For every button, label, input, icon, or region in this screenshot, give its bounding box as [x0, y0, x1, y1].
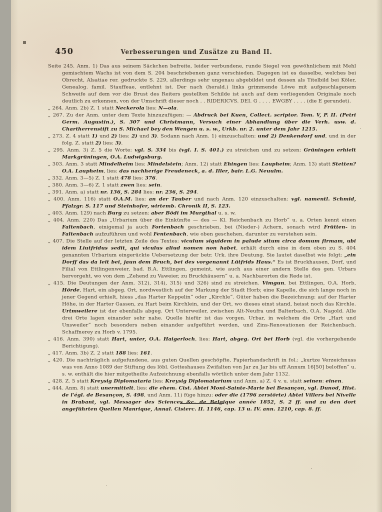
correction-entry: „ 407. Die Stelle auf der letzten Zeile …	[48, 238, 356, 280]
entry-page-ref: „ 391.	[48, 190, 65, 196]
correction-entry: „ 417. Anm. 3b) Z. 2 statt 188 lies: 161…	[48, 350, 356, 357]
correction-entry: „ 332. Anm. 3—5) Z. 1 statt 478 lies: 37…	[48, 175, 356, 182]
entry-page-ref: „ 380.	[48, 183, 65, 189]
entry-page-ref: „ 273.	[48, 134, 66, 140]
scanned-book-page-background: { "page_header": { "page_number": "450",…	[0, 0, 382, 512]
entry-text: Die nachträglich aufgefundene, aus guten…	[62, 358, 356, 378]
entry-text: Anm. 3) Z. 5 die Worte: vgl. S. 334 bis …	[62, 148, 356, 161]
entry-text: Anm. 3 statt Mindelheim lies: Mindelstei…	[62, 162, 356, 175]
entry-page-ref: „ 417.	[48, 351, 65, 357]
correction-entry: „ 415. Die Deutungen der Anm. 312), 314)…	[48, 280, 356, 336]
correction-entry: Seite 245. Anm. 1) Das aus seinem Säckch…	[48, 63, 356, 105]
entry-text: Anm. a) statt nr. 136, S. 284 lies: nr. …	[65, 190, 198, 196]
entry-text: Z. 4 statt 1) und 2) lies: 2) und 3). So…	[62, 134, 356, 147]
correction-entry: „ 420. Die nachträglich aufgefundene, au…	[48, 357, 356, 378]
entry-text: Anm. 116) statt O.A.M. lies: an der Taub…	[62, 197, 356, 210]
entry-text: Anm. 3b) Z. 2 statt 188 lies: 161.	[65, 351, 152, 357]
correction-entry: „ 400. Anm. 116) statt O.A.M. lies: an d…	[48, 196, 356, 210]
entry-page-ref: „ 295.	[48, 148, 67, 154]
entry-page-ref: „ 420.	[48, 358, 66, 364]
entry-page-ref: Seite 245.	[48, 64, 77, 70]
correction-entry: „ 380. Anm. 3—6) Z. 1 statt zwen lies: s…	[48, 182, 356, 189]
running-title: Verbesserungen und Zusätze zu Band II.	[11, 49, 382, 56]
correction-entry: „ 267. Zu der Anm. unter dem Texte hinzu…	[48, 112, 356, 133]
correction-entry: „ 428. Z. 5 statt Kreysig Diplomataria l…	[48, 378, 356, 385]
entry-page-ref: „ 264.	[48, 106, 65, 112]
section-end-rule	[180, 403, 224, 404]
entry-text: Zu der Anm. unter dem Texte hinzuzufügen…	[62, 113, 356, 133]
entry-text: Anm. 3—5) Z. 1 statt 478 lies: 376.	[65, 176, 157, 182]
entry-page-ref: „ 400.	[48, 197, 68, 203]
correction-entry: „ 403. Anm. 129) nach Burg zu setzen: ab…	[48, 210, 356, 217]
entry-text: Anm. 1) Das aus seinem Säckchen befreite…	[62, 64, 356, 105]
paper-specks	[11, 0, 12, 1]
entry-page-ref: „ 267.	[48, 113, 66, 119]
correction-entry: „ 416. Anm. 390) statt Hart, unter, O.A.…	[48, 336, 356, 350]
correction-entry: „ 391. Anm. a) statt nr. 136, S. 284 lie…	[48, 189, 356, 196]
correction-entry: „ 444. Anm. 8) statt unermittelt, lies: …	[48, 385, 356, 413]
entry-text: Anm. 2b) Z. 1 statt Neckerola lies: N—ol…	[65, 106, 178, 112]
entry-text: Z. 5 statt Kreysig Diplomataria lies: Kr…	[65, 379, 343, 385]
entry-page-ref: „ 332.	[48, 176, 65, 182]
correction-entry: „ 264. Anm. 2b) Z. 1 statt Neckerola lie…	[48, 105, 356, 112]
entry-text: Anm. 3—6) Z. 1 statt zwen lies: sein.	[65, 183, 162, 189]
entry-page-ref: „ 407.	[48, 239, 66, 245]
entry-page-ref: „ 403.	[48, 211, 65, 217]
entry-text: Anm. 129) nach Burg zu setzen: aber Bödi…	[65, 211, 236, 217]
entry-text: Die Deutungen der Anm. 312), 314), 315) …	[62, 281, 356, 336]
corrections-list: Seite 245. Anm. 1) Das aus seinem Säckch…	[48, 63, 356, 413]
entry-text: Anm. 8) statt unermittelt, lies: die ehe…	[62, 386, 356, 413]
entry-text: Die Stelle auf der letzten Zeile des Tex…	[62, 239, 356, 280]
entry-page-ref: „ 428.	[48, 379, 65, 385]
correction-entry: „ 295. Anm. 3) Z. 5 die Worte: vgl. S. 3…	[48, 147, 356, 161]
entry-page-ref: „ 444.	[48, 386, 65, 392]
book-page: 450 Verbesserungen und Zusätze zu Band I…	[11, 0, 382, 512]
correction-entry: „ 303. Anm. 3 statt Mindelheim lies: Min…	[48, 161, 356, 175]
entry-text: Anm. 220) Das „Urbarium über die Einkünf…	[62, 218, 356, 238]
entry-page-ref: „ 416.	[48, 337, 67, 343]
correction-entry: „ 273. Z. 4 statt 1) und 2) lies: 2) und…	[48, 133, 356, 147]
entry-page-ref: „ 303.	[48, 162, 65, 168]
header-rule	[126, 59, 218, 60]
correction-entry: „ 404. Anm. 220) Das „Urbarium über die …	[48, 217, 356, 238]
entry-text: Anm. 390) statt Hart, unter, O.A. Haiger…	[62, 337, 356, 350]
entry-page-ref: „ 404.	[48, 218, 67, 224]
entry-page-ref: „ 415.	[48, 281, 67, 287]
